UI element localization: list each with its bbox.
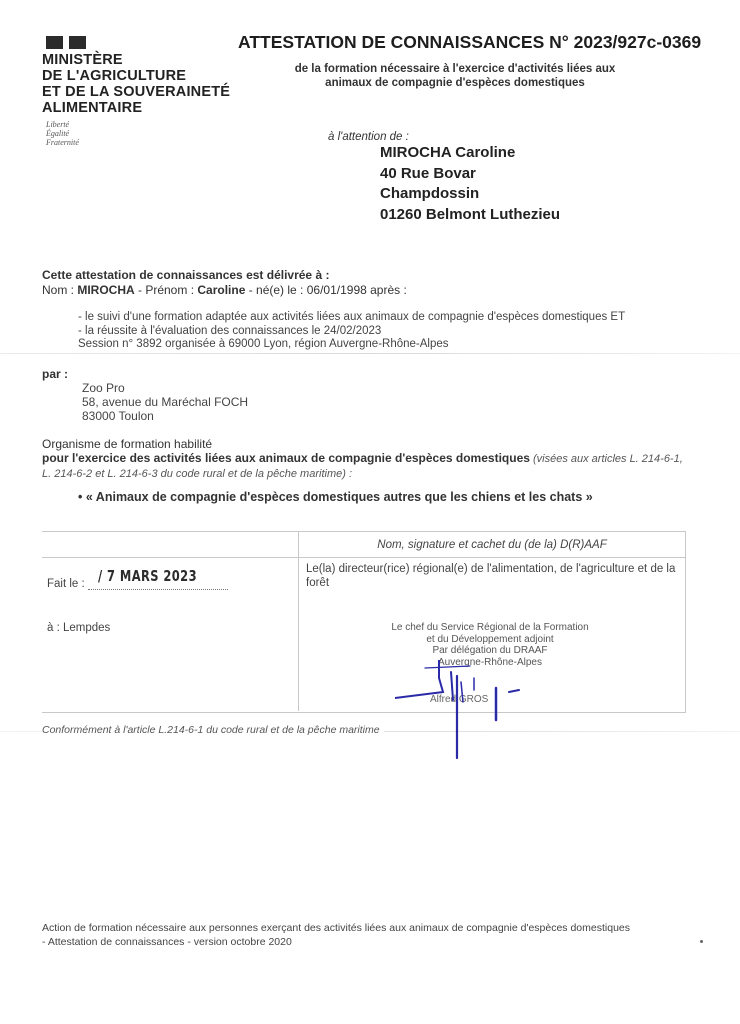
document-subtitle: de la formation nécessaire à l'exercice … — [250, 62, 660, 90]
table-divider — [42, 557, 686, 558]
document-title: ATTESTATION DE CONNAISSANCES N° 2023/927… — [238, 32, 701, 53]
conformity-note: Conformément à l'article L.214-6-1 du co… — [42, 724, 384, 736]
criteria-list: - le suivi d'une formation adaptée aux a… — [78, 311, 625, 352]
delivery-heading: Cette attestation de connaissances est d… — [42, 268, 407, 283]
attention-label: à l'attention de : — [328, 131, 409, 143]
holder-first-name: Caroline — [197, 283, 245, 297]
trainer-label: par : — [42, 367, 68, 381]
marianne-logo-icon — [46, 36, 86, 49]
holder-last-name: MIROCHA — [77, 283, 134, 297]
scan-line — [0, 353, 740, 354]
recipient-address: MIROCHA Caroline 40 Rue Bovar Champdossi… — [380, 143, 560, 225]
ministry-name: MINISTÈRE DE L'AGRICULTURE ET DE LA SOUV… — [42, 52, 230, 116]
issue-date-stamp: / 7 MARS 2023 — [98, 567, 197, 585]
director-title: Le(la) directeur(rice) régional(e) de l'… — [306, 563, 676, 590]
holder-birthdate: - né(e) le : 06/01/1998 après : — [245, 283, 406, 297]
signature-column-header: Nom, signature et cachet du (de la) D(R)… — [299, 539, 685, 551]
issue-date-label: Fait le : — [47, 578, 85, 590]
trainer-address: Zoo Pro 58, avenue du Maréchal FOCH 8300… — [82, 381, 248, 423]
document-footer: Action de formation nécessaire aux perso… — [42, 922, 702, 949]
handwritten-signature-icon — [395, 660, 535, 760]
republic-motto: Liberté Égalité Fraternité — [46, 120, 79, 147]
holder-identity: Nom : MIROCHA - Prénom : Caroline - né(e… — [42, 283, 407, 298]
delivery-section: Cette attestation de connaissances est d… — [42, 268, 407, 298]
trainer-name: Zoo Pro — [82, 381, 248, 395]
scan-speck — [700, 940, 703, 943]
table-divider — [298, 531, 299, 711]
session-info: Session n° 3892 organisée à 69000 Lyon, … — [78, 338, 625, 352]
organism-accreditation: Organisme de formation habilité pour l'e… — [42, 437, 692, 481]
species-category: • « Animaux de compagnie d'espèces domes… — [78, 490, 593, 504]
issue-place: à : Lempdes — [47, 622, 110, 634]
recipient-name: MIROCHA Caroline — [380, 143, 560, 164]
